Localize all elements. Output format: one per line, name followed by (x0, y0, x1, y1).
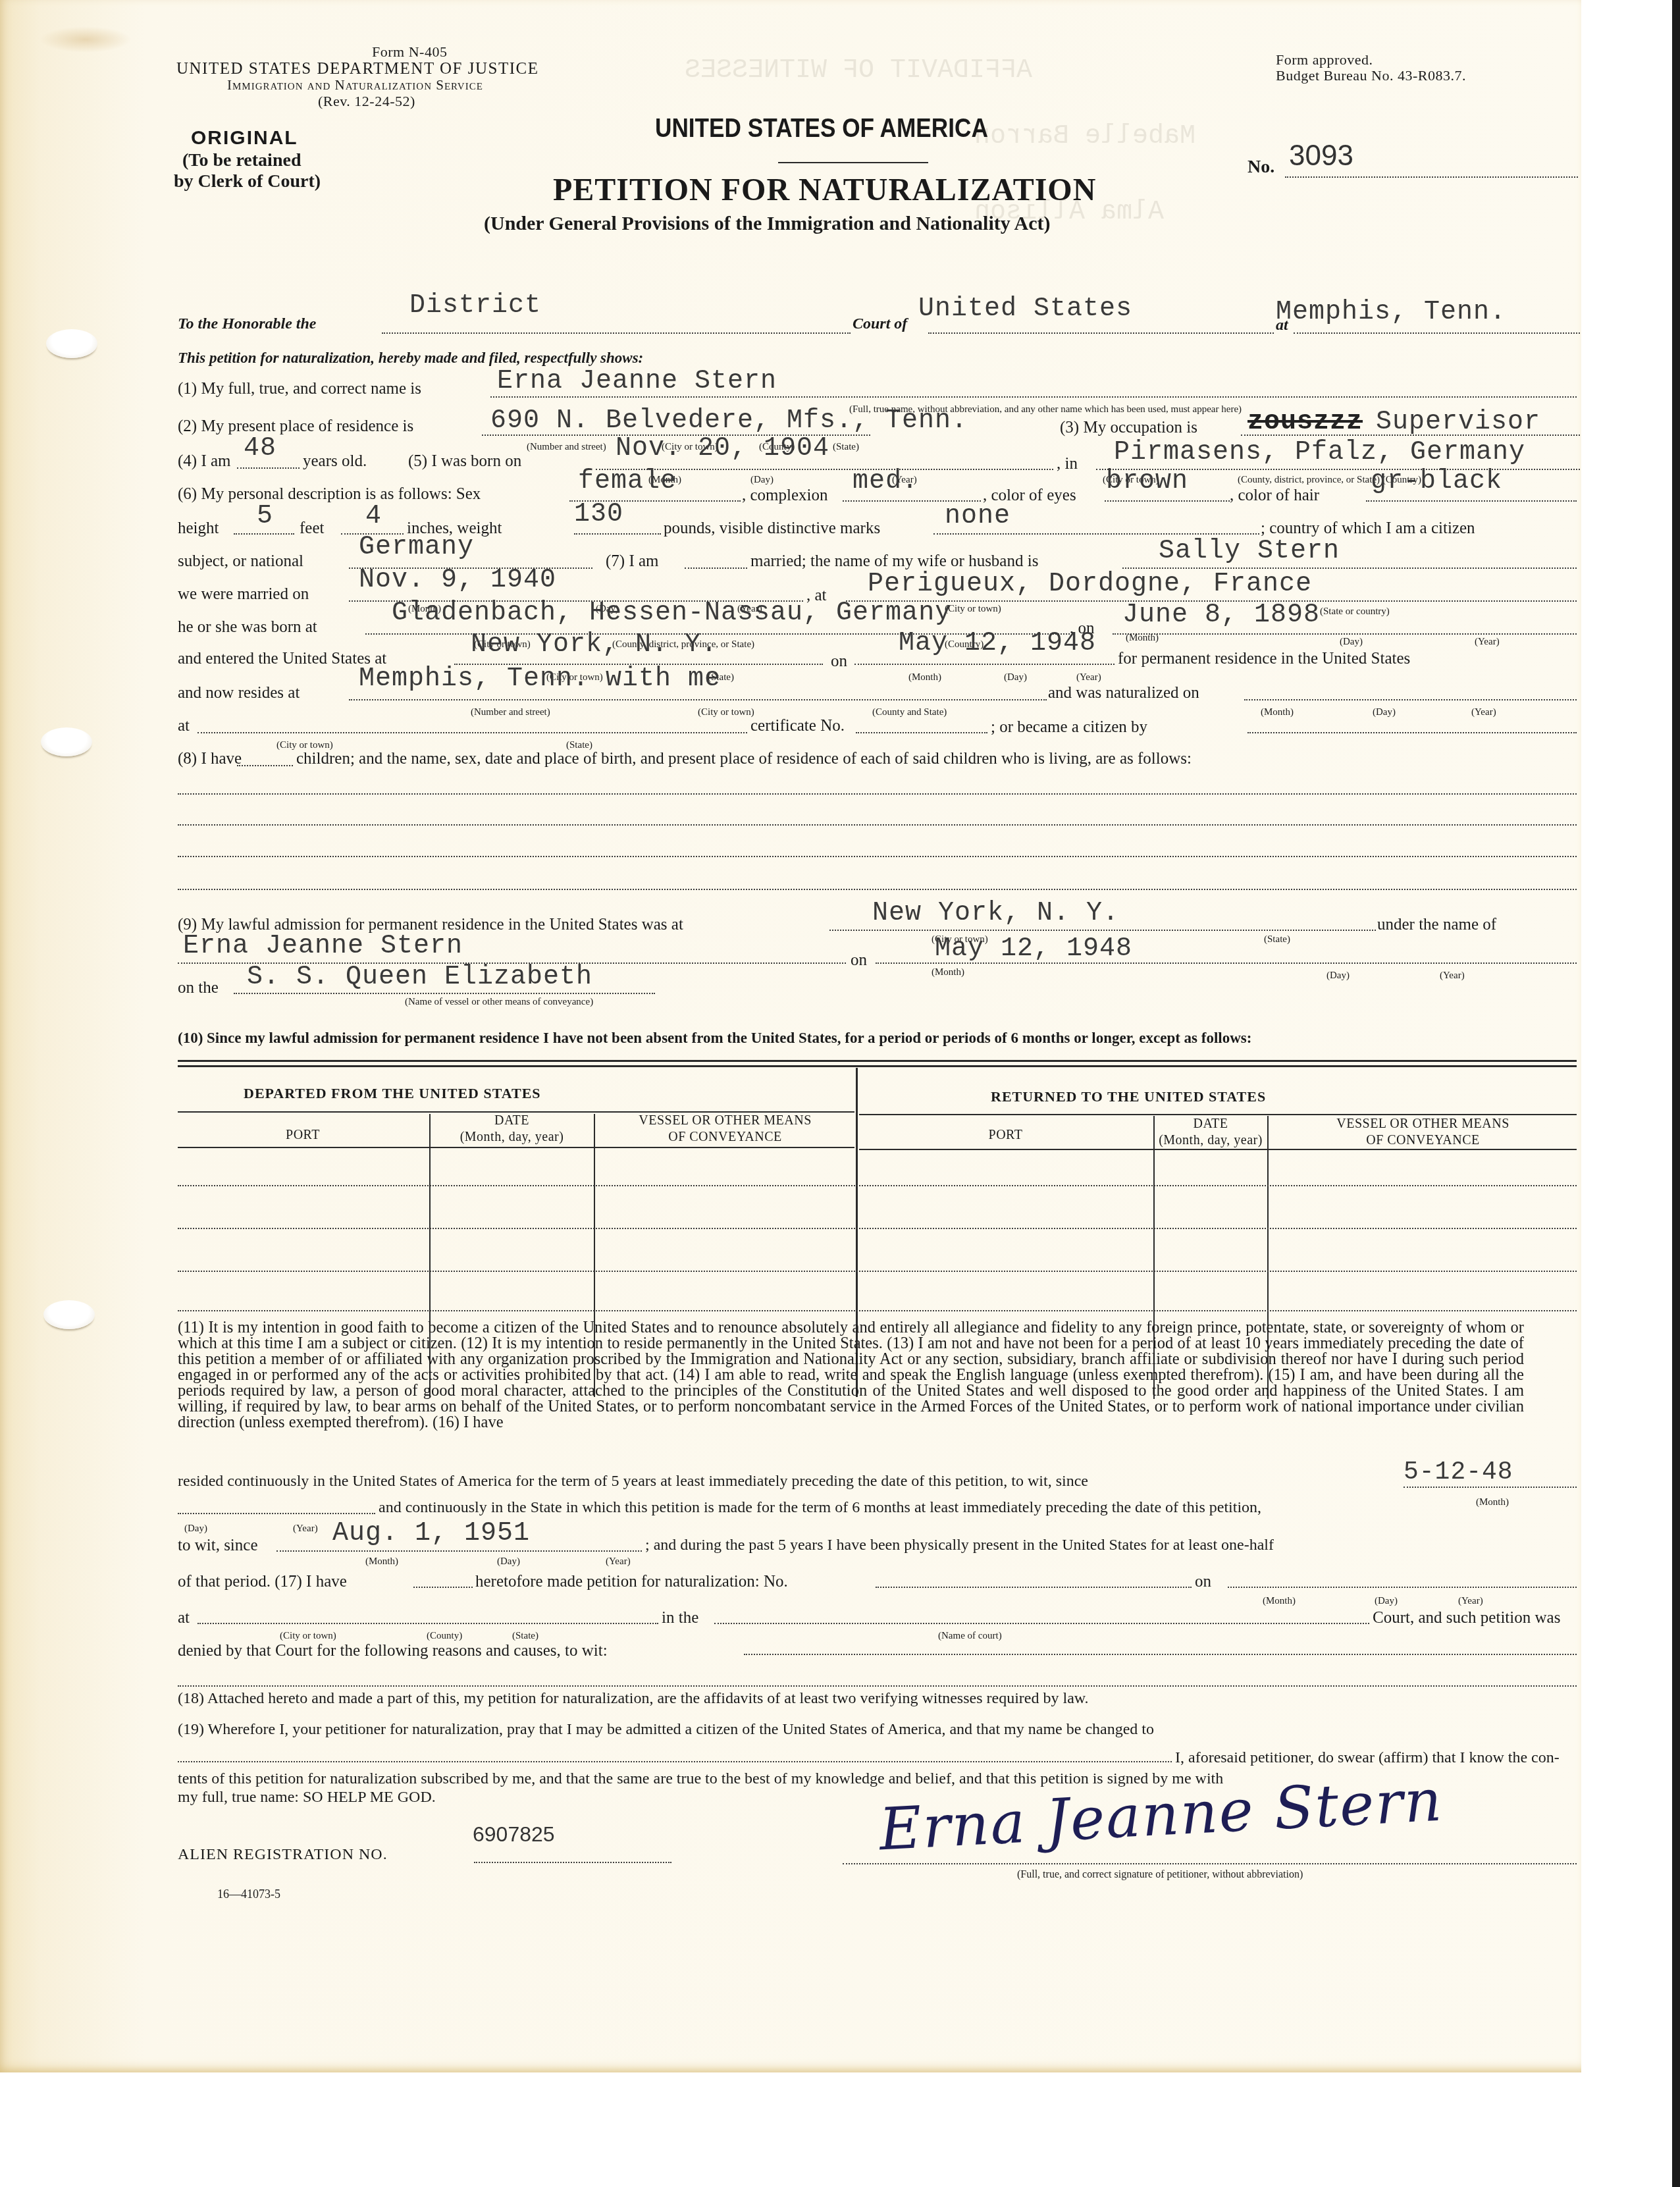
petition-number-label: No. (1247, 158, 1274, 176)
occupation-struck: zouszzz (1247, 409, 1363, 436)
caption: (Day) (184, 1524, 207, 1534)
caption: (State) (566, 741, 592, 751)
court-type-line (382, 332, 851, 334)
caption: (Day) (1375, 1596, 1398, 1606)
q17-court-line (714, 1623, 1369, 1624)
weight-line (574, 533, 661, 535)
spouse-born-label: he or she was born at (178, 619, 317, 635)
q8-label: (8) I have (178, 751, 242, 767)
children-line (178, 824, 1577, 826)
col-vessel-title: OF CONVEYANCE (1269, 1132, 1577, 1149)
q19-oath-text: I, aforesaid petitioner, do swear (affir… (1175, 1750, 1560, 1766)
q17-reasons-line (744, 1654, 1577, 1655)
caption: (County and State) (872, 708, 947, 718)
q9-name-label: under the name of (1377, 916, 1496, 933)
col-date-title: DATE (431, 1113, 592, 1129)
q9-vessel-label: on the (178, 980, 219, 996)
height-label: height (178, 520, 219, 537)
state-since-line (276, 1550, 642, 1552)
caption: (City or town) (945, 604, 1001, 614)
entered-suffix: for permanent residence in the United St… (1118, 650, 1410, 667)
caption: (Year) (1076, 673, 1101, 683)
signature-caption: (Full, true, and correct signature of pe… (1017, 1870, 1303, 1880)
naturalized-at-label: at (178, 718, 190, 734)
spouse-birthplace-value[interactable]: Gladenbach, Hessen-Nassau, Germany (392, 600, 951, 627)
col-vessel-title: OF CONVEYANCE (596, 1129, 854, 1146)
entry-date-value[interactable]: May 12, 1948 (899, 631, 1096, 657)
q9-on-label: on (851, 952, 867, 968)
punch-hole (43, 1300, 95, 1329)
q18-text: (18) Attached hereto and made a part of … (178, 1691, 1089, 1706)
q7-spouse-label: married; the name of my wife or husband … (750, 553, 1038, 569)
marks-line (933, 533, 1259, 535)
signature-line (843, 1863, 1577, 1864)
paper-stain (39, 26, 132, 53)
vessel-value[interactable]: S. S. Queen Elizabeth (247, 964, 592, 991)
reverse-side-bleedthrough: Mabelle Barron (974, 122, 1195, 151)
nationality-value[interactable]: Germany (359, 535, 474, 561)
state-since-suffix: ; and during the past 5 years I have bee… (645, 1537, 1274, 1553)
caption: (Year) (1475, 637, 1500, 647)
caption: (State) (1264, 935, 1290, 945)
citizen-label: ; country of which I am a citizen (1261, 520, 1475, 537)
admission-date-value[interactable]: May 12, 1948 (935, 936, 1132, 962)
q5-in: , in (1057, 456, 1078, 472)
caption: (Day) (1373, 708, 1396, 718)
caption: (State) (512, 1631, 538, 1641)
q10-label: (10) Since my lawful admission for perma… (178, 1030, 1251, 1045)
q17-court-suffix: Court, and such petition was (1373, 1610, 1560, 1626)
form-approved: Form approved. (1276, 53, 1373, 67)
q4-line (237, 467, 300, 469)
revision-date: (Rev. 12-24-52) (318, 94, 415, 109)
height-inches-value[interactable]: 4 (365, 504, 382, 530)
col-vessel: VESSEL OR OTHER MEANS OF CONVEYANCE (596, 1113, 854, 1146)
q17-label: of that period. (17) I have (178, 1573, 347, 1590)
caption: (Year) (1458, 1596, 1483, 1606)
name-change-line[interactable] (178, 1761, 1172, 1762)
q1-label: (1) My full, true, and correct name is (178, 381, 421, 397)
hair-color-value[interactable]: gr-black (1371, 469, 1502, 495)
distinctive-marks-value[interactable]: none (945, 504, 1011, 530)
current-residence-value[interactable]: Memphis, Tenn. with me (359, 666, 721, 693)
became-citizen-line (1247, 732, 1577, 733)
q9-label: (9) My lawful admission for permanent re… (178, 916, 683, 933)
entry-place-value[interactable]: New York, N. Y. (471, 632, 718, 658)
eye-color-value[interactable]: brown (1106, 469, 1188, 495)
punch-hole (41, 727, 92, 756)
q16-continuation: and continuously in the State in which t… (379, 1500, 1261, 1515)
resides-line (349, 699, 1047, 700)
caption: (Name of vessel or other means of convey… (405, 997, 593, 1007)
petition-number-line (1285, 176, 1578, 178)
weight-value[interactable]: 130 (574, 502, 623, 528)
q16-line: resided continuously in the United State… (178, 1473, 1088, 1489)
q9-vessel-line (234, 993, 655, 994)
department-name: UNITED STATES DEPARTMENT OF JUSTICE (176, 61, 538, 77)
children-line (178, 856, 1577, 857)
caption: (Month) (1263, 1596, 1296, 1606)
document-subtitle: (Under General Provisions of the Immigra… (484, 214, 1051, 234)
state-since-label: to wit, since (178, 1537, 258, 1554)
court-of-label: Court of (853, 316, 907, 332)
entered-on-label: on (831, 653, 847, 670)
hair-line (1366, 500, 1577, 502)
q16-since-line (1404, 1487, 1577, 1488)
caption: (Day) (750, 475, 774, 485)
entered-on-line (854, 664, 1115, 665)
court-prefix: To the Honorable the (178, 316, 316, 332)
caption: (Month) (365, 1557, 398, 1567)
copy-note: (To be retained (182, 151, 301, 170)
header-rule (859, 1114, 1577, 1115)
q17-number-line (876, 1587, 1192, 1588)
petition-number[interactable]: 3093 (1289, 142, 1353, 171)
caption: (Month) (1126, 633, 1159, 643)
q17-petition-no-label: heretofore made petition for naturalizat… (475, 1573, 788, 1590)
document-title: PETITION FOR NATURALIZATION (553, 174, 1096, 206)
caption: (Number and street) (527, 442, 606, 452)
form-number: Form N-405 (372, 45, 447, 59)
caption: (City or town) (276, 741, 333, 751)
eyes-line (1105, 500, 1230, 502)
q6-label: (6) My personal description is as follow… (178, 486, 481, 502)
q2-label: (2) My present place of residence is (178, 418, 413, 435)
naturalized-line (1244, 699, 1577, 700)
children-count-line (237, 765, 293, 766)
q17-blank (413, 1587, 473, 1588)
q19-oath-text: tents of this petition for naturalizatio… (178, 1771, 1223, 1787)
print-code: 16—41073-5 (217, 1888, 280, 1900)
caption: (Year) (1440, 971, 1465, 981)
col-date: DATE (Month, day, year) (431, 1113, 592, 1146)
feet-label: feet (300, 520, 324, 537)
state-residence-since-value[interactable]: Aug. 1, 1951 (332, 1521, 530, 1547)
alien-registration-line (474, 1862, 671, 1863)
caption: (Name of court) (938, 1631, 1002, 1641)
q17-at-label: at (178, 1610, 190, 1626)
caption: (Month) (932, 968, 964, 978)
spouse-line (1122, 567, 1577, 569)
copy-note: by Clerk of Court) (174, 172, 321, 191)
returned-header: RETURNED TO THE UNITED STATES (991, 1090, 1266, 1104)
q7-blank (685, 567, 747, 569)
age-value[interactable]: 48 (244, 436, 276, 462)
budget-bureau-number: Budget Bureau No. 43-R083.7. (1276, 68, 1466, 83)
q19-text: (19) Wherefore I, your petitioner for na… (178, 1722, 1154, 1737)
residence-value[interactable]: 690 N. Belvedere, Mfs., Tenn. (490, 408, 968, 435)
document-page: AFFIDAVIT OF WITNESSES Mabelle Barron Al… (0, 0, 1581, 2072)
subject-label: subject, or national (178, 553, 303, 569)
q19-oath-closing: my full, true name: SO HELP ME GOD. (178, 1789, 436, 1805)
petition-intro: This petition for naturalization, hereby… (178, 350, 643, 365)
sex-value[interactable]: female (578, 469, 677, 495)
q17-place-line (197, 1623, 658, 1624)
copy-label: ORIGINAL (191, 128, 298, 148)
certificate-label: certificate No. (750, 718, 845, 734)
caption: (County) (427, 1631, 462, 1641)
full-name-value[interactable]: Erna Jeanne Stern (497, 369, 777, 395)
q7-label: (7) I am (606, 553, 659, 569)
married-on-label: we were married on (178, 586, 309, 602)
scanner-edge (1672, 0, 1680, 2187)
q3-label: (3) My occupation is (1060, 419, 1197, 436)
court-at-line (1294, 332, 1580, 334)
subheader-rule (859, 1149, 1577, 1150)
caption: (Month) (1476, 1498, 1509, 1508)
pounds-label: pounds, visible distinctive marks (664, 520, 880, 537)
table-top-rule (178, 1060, 1577, 1062)
caption: (State) (833, 442, 859, 452)
became-citizen-label: ; or became a citizen by (991, 719, 1147, 735)
children-line (178, 793, 1577, 795)
table-row[interactable] (178, 1185, 1577, 1186)
feet-line (234, 533, 294, 535)
q17-denied-label: denied by that Court for the following r… (178, 1643, 608, 1659)
q9-place-line (829, 930, 1376, 931)
marriage-date-value[interactable]: Nov. 9, 1940 (359, 567, 556, 594)
height-feet-value[interactable]: 5 (257, 504, 273, 530)
birth-date-value[interactable]: Nov. 20, 1904 (616, 436, 829, 462)
q16-day-year-line (178, 1513, 375, 1514)
children-line (178, 889, 1577, 890)
table-row[interactable] (178, 1228, 1577, 1229)
departed-header: DEPARTED FROM THE UNITED STATES (244, 1086, 541, 1101)
caption: (State or country) (1320, 607, 1390, 617)
spouse-born-on-line (1113, 633, 1577, 635)
col-date-returned: DATE (Month, day, year) (1155, 1116, 1266, 1149)
complexion-label: , complexion (742, 487, 828, 504)
admission-place-value[interactable]: New York, N. Y. (872, 901, 1119, 927)
caption: (Day) (497, 1557, 520, 1567)
col-port-returned: PORT (859, 1127, 1152, 1144)
col-port: PORT (178, 1127, 428, 1144)
caption: (Number and street) (471, 708, 550, 718)
subheader-rule (178, 1147, 854, 1148)
naturalized-at-line (197, 732, 747, 733)
caption: (Year) (293, 1524, 318, 1534)
caption: (Year) (1471, 708, 1496, 718)
caption: (Month) (908, 673, 941, 683)
court-of-value[interactable]: United States (918, 296, 1132, 323)
q4-label: (4) I am (178, 453, 231, 469)
admission-name-value[interactable]: Erna Jeanne Stern (183, 934, 463, 960)
court-at-value[interactable]: Memphis, Tenn. (1276, 300, 1506, 326)
service-name: Immigration and Naturalization Service (227, 78, 483, 92)
q5-label: (5) I was born on (408, 453, 521, 469)
alien-registration-number[interactable]: 6907825 (473, 1824, 555, 1845)
caption: (City or town) (698, 708, 754, 718)
table-row[interactable] (178, 1310, 1577, 1311)
caption: (City or town) (280, 1631, 336, 1641)
caption: (Day) (1004, 673, 1027, 683)
q1-line (490, 396, 1577, 398)
title-divider (778, 162, 928, 163)
residence-since-value[interactable]: 5-12-48 (1404, 1460, 1513, 1485)
marriage-place-value[interactable]: Perigueux, Dordogne, France (868, 571, 1312, 598)
spouse-birthdate-value[interactable]: June 8, 1898 (1122, 602, 1320, 629)
col-vessel-returned: VESSEL OR OTHER MEANS OF CONVEYANCE (1269, 1116, 1577, 1149)
caption: (Day) (1340, 637, 1363, 647)
reverse-side-bleedthrough: AFFIDAVIT OF WITNESSES (685, 56, 1032, 86)
court-of-line (928, 332, 1274, 334)
entered-label: and entered the United States at (178, 650, 386, 667)
col-date-format: (Month, day, year) (1155, 1132, 1266, 1149)
naturalized-label: and was naturalized on (1048, 685, 1199, 701)
spouse-name-value[interactable]: Sally Stern (1159, 539, 1340, 565)
q4-suffix: years old. (303, 453, 367, 469)
court-type-value[interactable]: District (409, 293, 541, 319)
country-title: UNITED STATES OF AMERICA (655, 115, 988, 142)
col-vessel-title: VESSEL OR OTHER MEANS (1269, 1116, 1577, 1132)
table-row[interactable] (178, 1271, 1577, 1272)
alien-registration-label: ALIEN REGISTRATION NO. (178, 1847, 388, 1862)
q8-description: children; and the name, sex, date and pl… (296, 751, 1192, 767)
col-vessel-title: VESSEL OR OTHER MEANS (596, 1113, 854, 1129)
caption: (Year) (606, 1557, 631, 1567)
resides-label: and now resides at (178, 685, 300, 701)
table-top-rule (178, 1065, 1577, 1067)
caption: (Day) (1326, 971, 1350, 981)
declaration-paragraph: (11) It is my intention in good faith to… (178, 1320, 1524, 1431)
certificate-line (856, 732, 987, 733)
caption: (Month) (1261, 708, 1294, 718)
col-date-title: DATE (1155, 1116, 1266, 1132)
birth-place-value[interactable]: Pirmasens, Pfalz, Germany (1114, 440, 1525, 466)
complexion-value[interactable]: med. (853, 469, 918, 495)
q17-date-line (1228, 1587, 1577, 1588)
occupation-value[interactable]: Supervisor (1376, 409, 1540, 436)
q17-in-the-label: in the (662, 1610, 698, 1626)
hair-label: , color of hair (1230, 487, 1319, 504)
q17-reasons-line (178, 1685, 1577, 1687)
q17-on-label: on (1195, 1573, 1211, 1590)
punch-hole (46, 329, 97, 358)
col-date-format: (Month, day, year) (431, 1129, 592, 1146)
